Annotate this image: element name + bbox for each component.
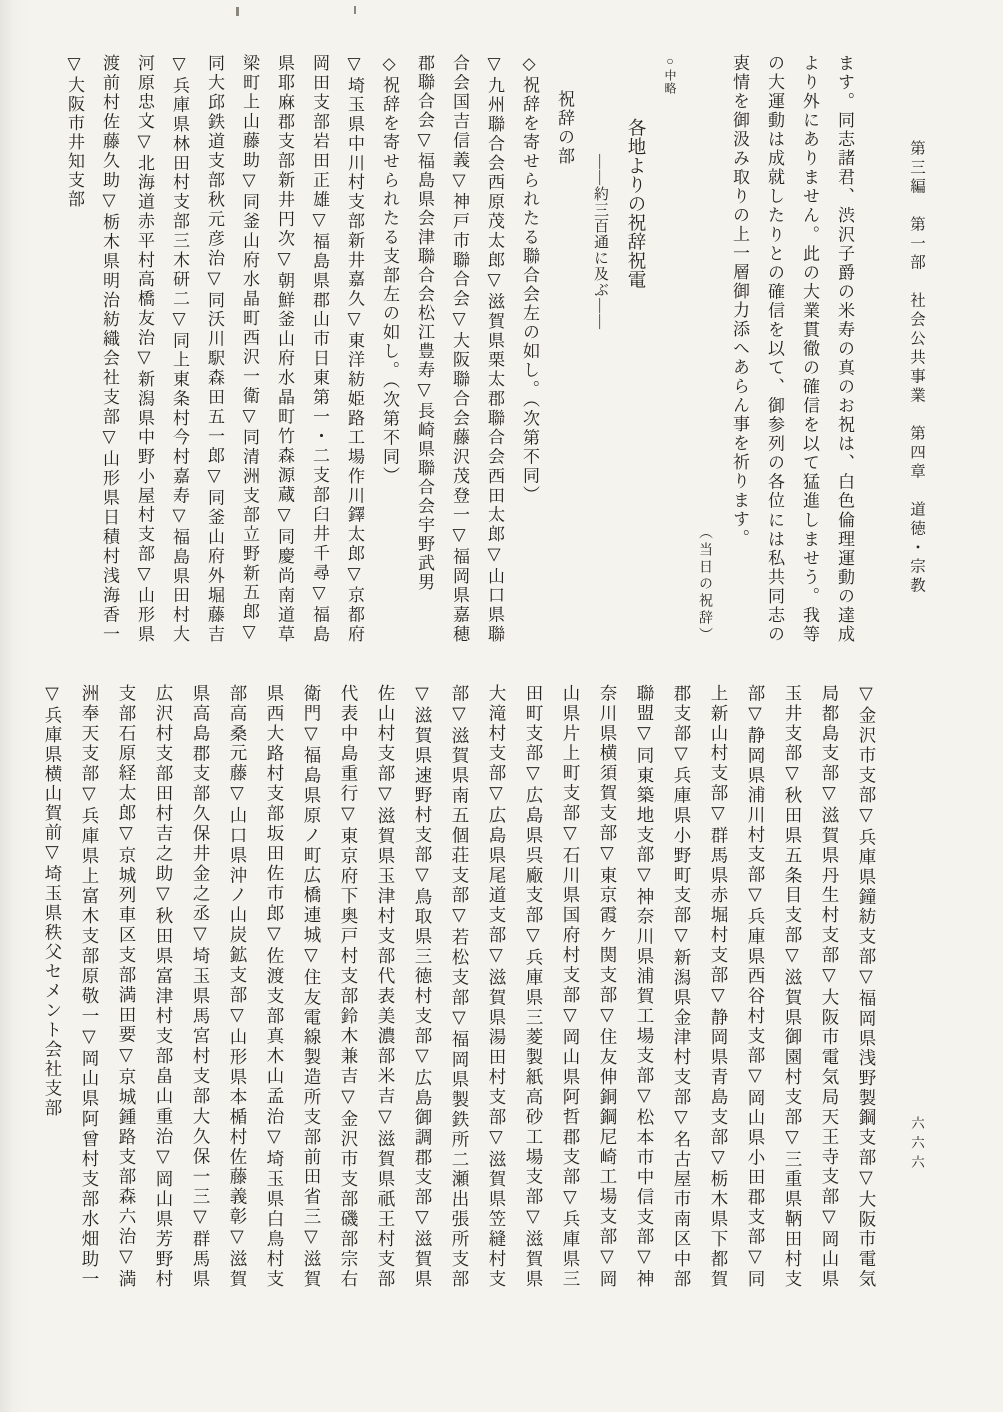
- speech-attribution: （当日の祝辞）: [687, 54, 722, 644]
- federations-list: ▽九州聯合会西原茂太郎▽滋賀県栗太郡聯合会西田太郎▽山口県聯合会国吉信義▽神戸市…: [407, 54, 512, 644]
- scan-speck: [236, 7, 239, 16]
- section-subheading: ――約三百通に及ぶ――: [582, 54, 617, 644]
- section-heading: 各地よりの祝辞祝電: [617, 54, 652, 644]
- branches-list: ▽埼玉県中川村支部新井嘉久▽東洋紡姫路工場作川鐸太郎▽京都府岡田支部岩田正雄▽福…: [57, 54, 372, 644]
- lower-text-block: ▽金沢市支部▽兵庫県鐘紡支部▽福岡県浅野製鋼支部▽大阪市電気局都島支部▽滋賀県丹…: [34, 684, 885, 1289]
- running-header: 第三編 第一部 社会公共事業 第四章 道徳・宗教: [903, 140, 929, 640]
- federations-intro: ◇祝辞を寄せられたる聯合会左の如し。（次第不同）: [512, 54, 547, 644]
- scan-speck: [354, 6, 356, 14]
- scanned-book-page: 第三編 第一部 社会公共事業 第四章 道徳・宗教 六六六 ます。同志諸君、渋沢子…: [0, 0, 1003, 1412]
- branches-intro: ◇祝辞を寄せられたる支部左の如し。（次第不同）: [372, 54, 407, 644]
- part-title: 祝辞の部: [547, 54, 582, 644]
- omission-mark: ○中略: [652, 54, 687, 644]
- upper-text-block: ます。同志諸君、渋沢子爵の米寿の真のお祝は、白色倫理運動の達成より外にありません…: [57, 54, 862, 644]
- page-number: 六六六: [903, 1116, 929, 1236]
- speech-continuation: ます。同志諸君、渋沢子爵の米寿の真のお祝は、白色倫理運動の達成より外にありません…: [722, 54, 862, 644]
- branches-list-continued: ▽金沢市支部▽兵庫県鐘紡支部▽福岡県浅野製鋼支部▽大阪市電気局都島支部▽滋賀県丹…: [34, 684, 885, 1289]
